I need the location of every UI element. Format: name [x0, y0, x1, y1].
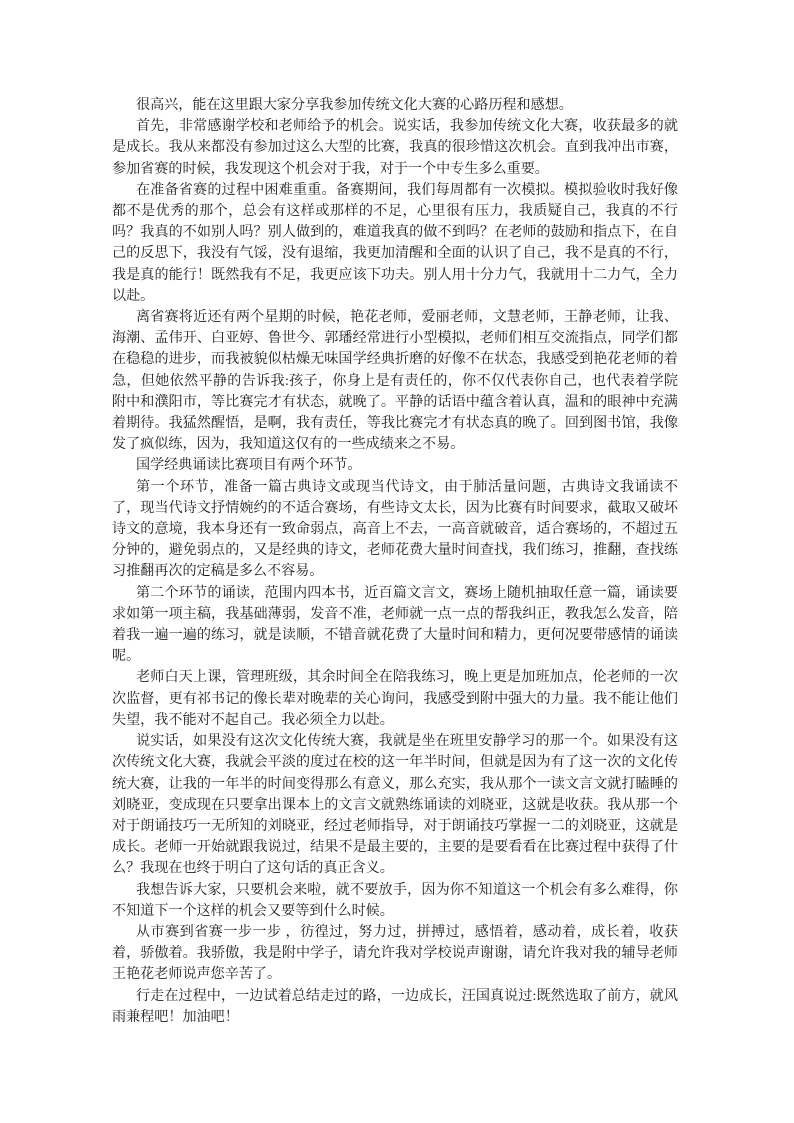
paragraph: 第二个环节的诵读，范围内四本书，近百篇文言文，赛场上随机抽取任意一篇，诵读要求如…	[112, 583, 678, 668]
paragraph: 离省赛将近还有两个星期的时候，艳花老师，爱丽老师，文慧老师，王静老师，让我、海潮…	[112, 307, 678, 455]
paragraph: 老师白天上课，管理班级，其余时间全在陪我练习，晚上更是加班加点，伦老师的一次次监…	[112, 667, 678, 731]
document-page: 很高兴，能在这里跟大家分享我参加传统文化大赛的心路历程和感想。 首先，非常感谢学…	[0, 0, 794, 1123]
paragraph: 在准备省赛的过程中困难重重。备赛期间，我们每周都有一次模拟。模拟验收时我好像都不…	[112, 180, 678, 307]
paragraph: 很高兴，能在这里跟大家分享我参加传统文化大赛的心路历程和感想。	[112, 95, 678, 116]
paragraph: 国学经典诵读比赛项目有两个环节。	[112, 455, 678, 476]
paragraph: 我想告诉大家，只要机会来啦，就不要放手，因为你不知道这一个机会有多么难得，你不知…	[112, 880, 678, 922]
paragraph: 行走在过程中，一边试着总结走过的路，一边成长，汪国真说过:既然选取了前方，就风雨…	[112, 986, 678, 1028]
paragraph: 从市赛到省赛一步一步 ，彷徨过，努力过，拼搏过，感悟着，感动着，成长着，收获着，…	[112, 922, 678, 986]
paragraph: 说实话，如果没有这次文化传统大赛，我就是坐在班里安静学习的那一个。如果没有这次传…	[112, 731, 678, 879]
document-body: 很高兴，能在这里跟大家分享我参加传统文化大赛的心路历程和感想。 首先，非常感谢学…	[112, 95, 678, 1028]
paragraph: 第一个环节，准备一篇古典诗文或现当代诗文，由于肺活量问题，古典诗文我诵读不了，现…	[112, 477, 678, 583]
paragraph: 首先，非常感谢学校和老师给予的机会。说实话，我参加传统文化大赛，收获最多的就是成…	[112, 116, 678, 180]
